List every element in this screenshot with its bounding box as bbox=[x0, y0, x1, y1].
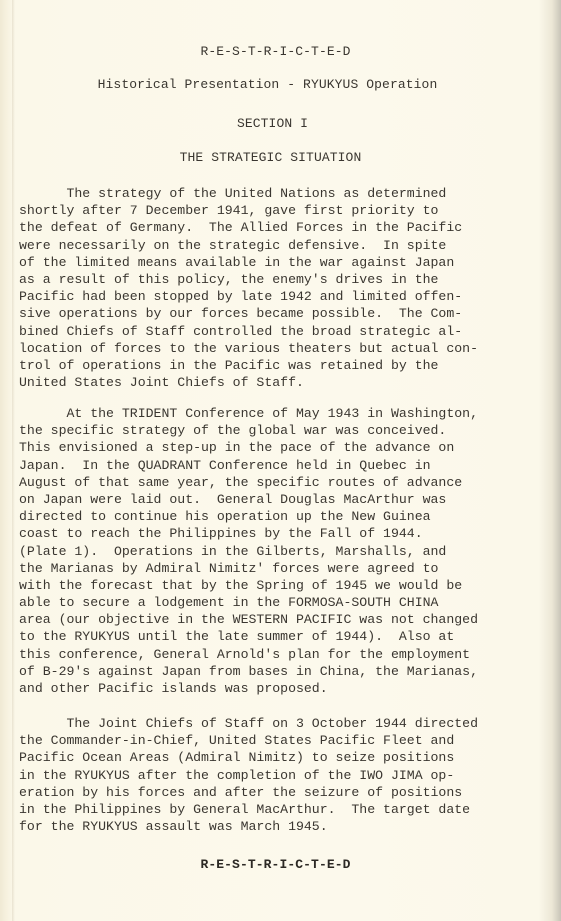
text-line: able to secure a lodgement in the FORMOS… bbox=[19, 594, 559, 611]
paragraph-joint-chiefs-directive: The Joint Chiefs of Staff on 3 October 1… bbox=[19, 715, 559, 835]
text-line: the defeat of Germany. The Allied Forces… bbox=[19, 219, 559, 236]
section-label: SECTION I bbox=[0, 116, 553, 131]
text-line: the Marianas by Admiral Nimitz' forces w… bbox=[19, 560, 559, 577]
text-line: The strategy of the United Nations as de… bbox=[19, 185, 559, 202]
text-line: location of forces to the various theate… bbox=[19, 340, 559, 357]
document-title: Historical Presentation - RYUKYUS Operat… bbox=[0, 77, 548, 92]
text-line: were necessarily on the strategic defens… bbox=[19, 237, 559, 254]
text-line: bined Chiefs of Staff controlled the bro… bbox=[19, 323, 559, 340]
text-line: the specific strategy of the global war … bbox=[19, 422, 559, 439]
text-line: this conference, General Arnold's plan f… bbox=[19, 646, 559, 663]
text-line: coast to reach the Philippines by the Fa… bbox=[19, 525, 559, 542]
text-line: with the forecast that by the Spring of … bbox=[19, 577, 559, 594]
text-line: shortly after 7 December 1941, gave firs… bbox=[19, 202, 559, 219]
paragraph-conferences: At the TRIDENT Conference of May 1943 in… bbox=[19, 405, 559, 697]
text-line: of the limited means available in the wa… bbox=[19, 254, 559, 271]
text-line: area (our objective in the WESTERN PACIF… bbox=[19, 611, 559, 628]
text-line: on Japan were laid out. General Douglas … bbox=[19, 491, 559, 508]
text-line: sive operations by our forces became pos… bbox=[19, 305, 559, 322]
text-line: for the RYUKYUS assault was March 1945. bbox=[19, 818, 559, 835]
text-line: in the Philippines by General MacArthur.… bbox=[19, 801, 559, 818]
text-line: (Plate 1). Operations in the Gilberts, M… bbox=[19, 543, 559, 560]
text-line: to the RYUKYUS until the late summer of … bbox=[19, 628, 559, 645]
text-line: United States Joint Chiefs of Staff. bbox=[19, 374, 559, 391]
document-page: R-E-S-T-R-I-C-T-E-D Historical Presentat… bbox=[0, 0, 561, 921]
classification-marking-top: R-E-S-T-R-I-C-T-E-D bbox=[0, 44, 556, 59]
text-line: Pacific had been stopped by late 1942 an… bbox=[19, 288, 559, 305]
text-line: and other Pacific islands was proposed. bbox=[19, 680, 559, 697]
page-binding-edge bbox=[12, 0, 15, 921]
section-title: THE STRATEGIC SITUATION bbox=[0, 150, 551, 165]
text-line: eration by his forces and after the seiz… bbox=[19, 784, 559, 801]
text-line: At the TRIDENT Conference of May 1943 in… bbox=[19, 405, 559, 422]
paragraph-strategy: The strategy of the United Nations as de… bbox=[19, 185, 559, 391]
text-line: the Commander-in-Chief, United States Pa… bbox=[19, 732, 559, 749]
text-line: as a result of this policy, the enemy's … bbox=[19, 271, 559, 288]
text-line: August of that same year, the specific r… bbox=[19, 474, 559, 491]
text-line: Pacific Ocean Areas (Admiral Nimitz) to … bbox=[19, 749, 559, 766]
text-line: Japan. In the QUADRANT Conference held i… bbox=[19, 457, 559, 474]
text-line: directed to continue his operation up th… bbox=[19, 508, 559, 525]
text-line: in the RYUKYUS after the completion of t… bbox=[19, 767, 559, 784]
text-line: of B-29's against Japan from bases in Ch… bbox=[19, 663, 559, 680]
text-line: This envisioned a step-up in the pace of… bbox=[19, 439, 559, 456]
classification-marking-bottom: R-E-S-T-R-I-C-T-E-D bbox=[0, 857, 556, 872]
text-line: The Joint Chiefs of Staff on 3 October 1… bbox=[19, 715, 559, 732]
text-line: trol of operations in the Pacific was re… bbox=[19, 357, 559, 374]
